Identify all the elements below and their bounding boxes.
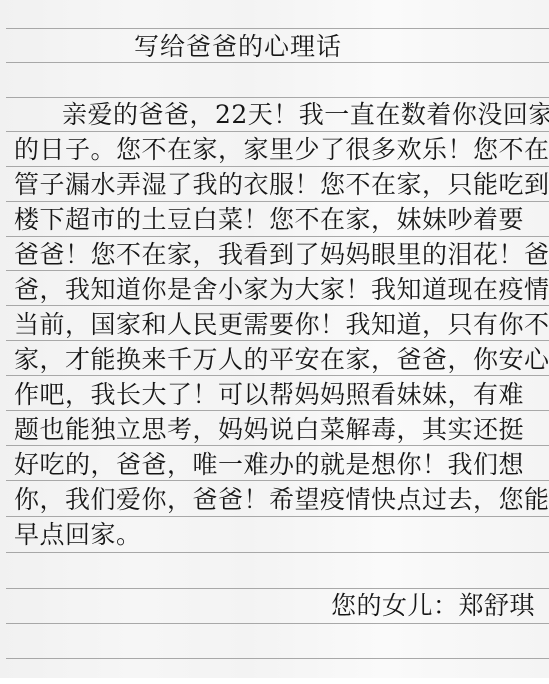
- ruled-line: [6, 131, 549, 132]
- letter-line: 楼下超市的土豆白菜！您不在家，妹妹吵着要: [14, 205, 524, 235]
- letter-line: 早点回家。: [14, 520, 142, 550]
- letter-line: 你，我们爱你，爸爸！希望疫情快点过去，您能: [14, 485, 549, 515]
- lined-paper: 写给爸爸的心理话 亲爱的爸爸，22天！我一直在数着你没回家 的日子。您不在家，家…: [0, 0, 549, 678]
- letter-line: 亲爱的爸爸，22天！我一直在数着你没回家: [62, 100, 549, 130]
- ruled-line: [6, 270, 549, 271]
- ruled-line: [6, 340, 549, 341]
- ruled-line: [6, 480, 549, 481]
- ruled-line: [6, 375, 549, 376]
- ruled-line: [6, 201, 549, 202]
- ruled-line: [6, 236, 549, 237]
- ruled-line: [6, 552, 549, 553]
- ruled-line: [6, 588, 549, 589]
- letter-line: 爸爸！您不在家，我看到了妈妈眼里的泪花！爸: [14, 240, 549, 270]
- ruled-line: [6, 28, 549, 29]
- letter-line: 作吧，我长大了！可以帮妈妈照看妹妹，有难: [14, 380, 524, 410]
- letter-line: 家，才能换来千万人的平安在家，爸爸，你安心、工: [14, 345, 549, 375]
- letter-line: 爸，我知道你是舍小家为大家！我知道现在疫情: [14, 275, 549, 305]
- ruled-line: [6, 62, 549, 63]
- ruled-line: [6, 658, 549, 659]
- letter-line: 当前，国家和人民更需要你！我知道，只有你不回: [14, 310, 549, 340]
- ruled-line: [6, 166, 549, 167]
- letter-title: 写给爸爸的心理话: [134, 32, 342, 62]
- ruled-line: [6, 410, 549, 411]
- ruled-line: [6, 623, 549, 624]
- letter-line: 好吃的，爸爸，唯一难办的就是想你！我们想: [14, 450, 524, 480]
- ruled-line: [6, 305, 549, 306]
- ruled-line: [6, 445, 549, 446]
- letter-line: 管子漏水弄湿了我的衣服！您不在家，只能吃到: [14, 170, 549, 200]
- ruled-line: [6, 97, 549, 98]
- ruled-line: [6, 516, 549, 517]
- letter-signature: 您的女儿：郑舒琪: [331, 591, 535, 621]
- letter-line: 题也能独立思考，妈妈说白菜解毒，其实还挺: [14, 415, 524, 445]
- image-bottom-margin: [0, 678, 549, 684]
- letter-line: 的日子。您不在家，家里少了很多欢乐！您不在家，: [14, 135, 549, 165]
